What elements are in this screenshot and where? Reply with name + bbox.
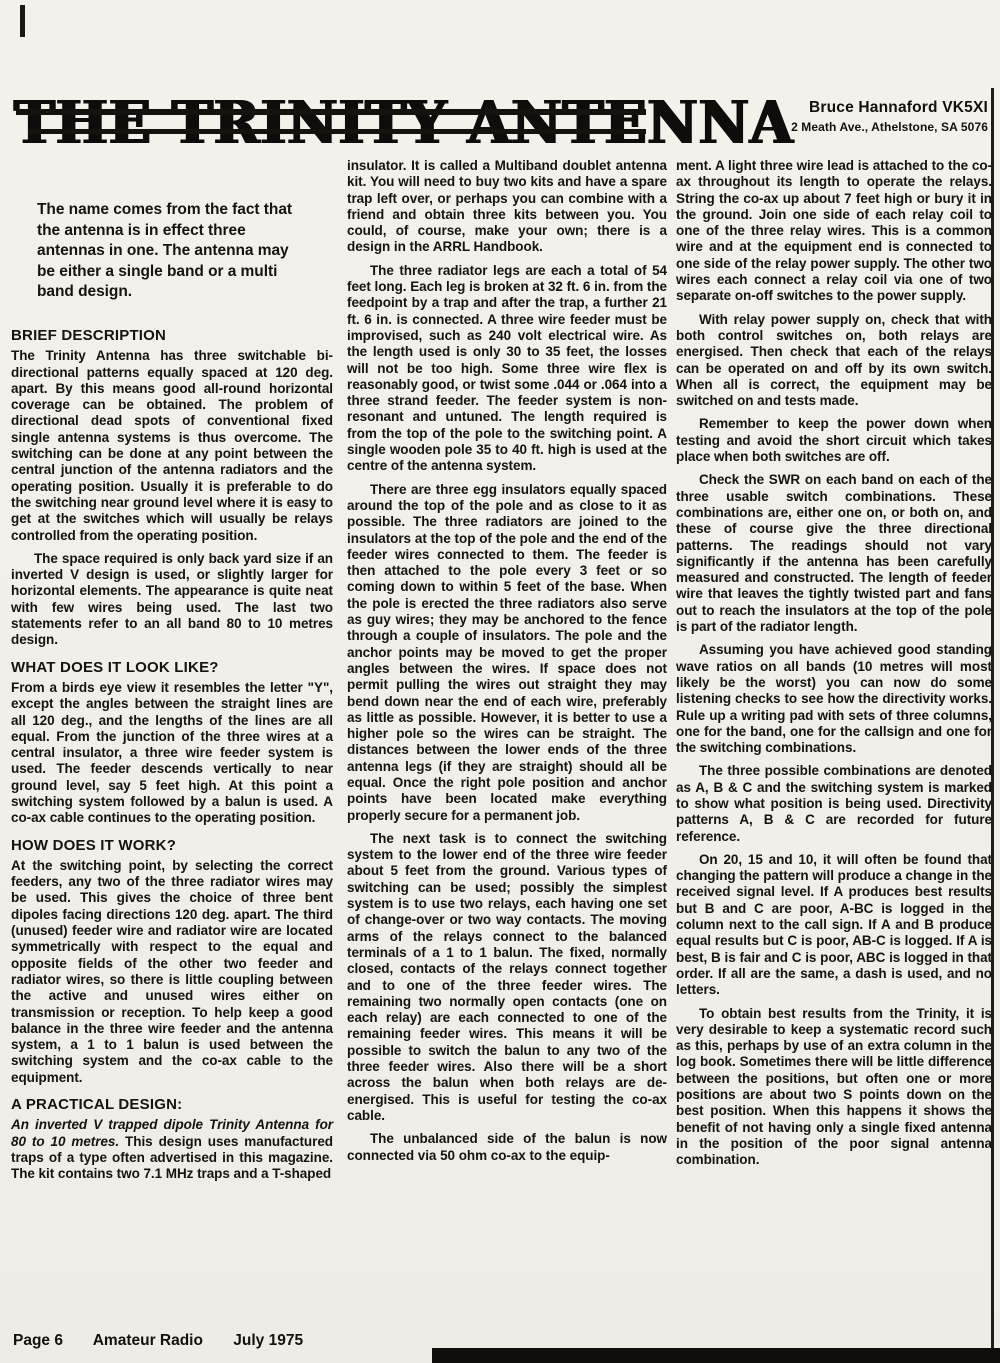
footer-magazine-name: Amateur Radio	[93, 1332, 203, 1349]
headline-rule-top	[16, 109, 646, 115]
paragraph: ment. A light three wire lead is attache…	[676, 158, 992, 305]
paragraph: The space required is only back yard siz…	[11, 551, 333, 649]
author-name: Bruce Hannaford VK5XI	[791, 99, 988, 117]
article-title: THE TRINITY ANTENNA	[14, 87, 794, 157]
intro-blurb: The name comes from the fact that the an…	[37, 200, 305, 303]
paragraph: The Trinity Antenna has three switchable…	[11, 348, 333, 544]
paragraph: The next task is to connect the switchin…	[347, 831, 667, 1124]
paragraph: Check the SWR on each band on each of th…	[676, 472, 992, 635]
paragraph: On 20, 15 and 10, it will often be found…	[676, 852, 992, 999]
author-address: 2 Meath Ave., Athelstone, SA 5076	[791, 120, 988, 134]
scan-bar-bottom	[432, 1348, 1000, 1363]
scan-edge-line-right	[991, 88, 994, 1350]
section-heading: A PRACTICAL DESIGN:	[11, 1097, 333, 1113]
footer-issue-date: July 1975	[233, 1332, 303, 1349]
paragraph: Assuming you have achieved good standing…	[676, 642, 992, 756]
column-middle: insulator. It is called a Multiband doub…	[347, 158, 667, 1171]
paragraph: To obtain best results from the Trinity,…	[676, 1006, 992, 1169]
magazine-page: { "colors": { "paper": "#f2efe9", "ink":…	[0, 0, 1000, 1363]
section-heading: BRIEF DESCRIPTION	[11, 328, 333, 344]
paragraph: From a birds eye view it resembles the l…	[11, 680, 333, 827]
paragraph: The unbalanced side of the balun is now …	[347, 1131, 667, 1164]
paragraph: The three radiator legs are each a total…	[347, 263, 667, 475]
footer-page-number: Page 6	[13, 1332, 63, 1349]
headline-rule-bottom	[28, 129, 646, 134]
column-right: ment. A light three wire lead is attache…	[676, 158, 992, 1176]
section-heading: HOW DOES IT WORK?	[11, 838, 333, 854]
paragraph: insulator. It is called a Multiband doub…	[347, 158, 667, 256]
paragraph: Remember to keep the power down when tes…	[676, 416, 992, 465]
paragraph: There are three egg insulators equally s…	[347, 482, 667, 824]
column-left: The name comes from the fact that the an…	[11, 158, 333, 1190]
page-footer: Page 6 Amateur Radio July 1975	[13, 1332, 329, 1350]
scan-mark-top-left	[20, 5, 25, 37]
paragraph: The three possible combinations are deno…	[676, 763, 992, 844]
paragraph: An inverted V trapped dipole Trinity Ant…	[11, 1117, 333, 1182]
section-heading: WHAT DOES IT LOOK LIKE?	[11, 660, 333, 676]
italic-lead: An inverted V trapped dipole Trinity Ant…	[11, 1117, 333, 1148]
paragraph: With relay power supply on, check that w…	[676, 312, 992, 410]
byline: Bruce Hannaford VK5XI 2 Meath Ave., Athe…	[791, 99, 988, 134]
paragraph: At the switching point, by selecting the…	[11, 858, 333, 1086]
